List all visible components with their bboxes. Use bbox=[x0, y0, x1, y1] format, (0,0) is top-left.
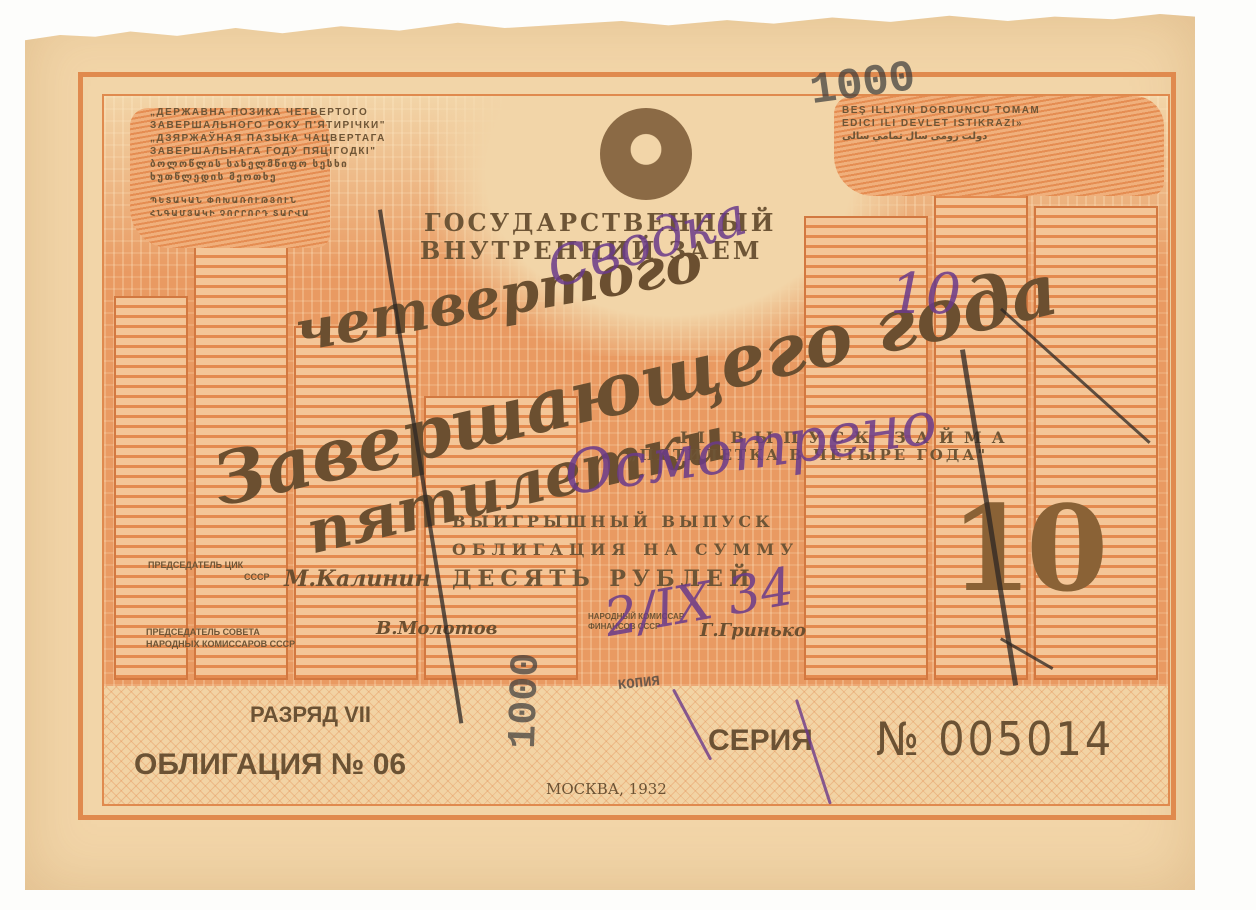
ussr-emblem-icon: ☭ bbox=[600, 108, 692, 200]
banner-line: ბოლოწლის სახელმწიფო სესხი bbox=[150, 158, 386, 171]
banner-left-text: „ДЕРЖАВНА ПОЗИКА ЧЕТВЕРТОГО ЗАВЕРШАЛЬНОГ… bbox=[150, 106, 386, 220]
signature-2: В.Молотов bbox=[376, 618, 497, 639]
denomination-line-1: ВЫИГРЫШНЫЙ ВЫПУСК bbox=[452, 512, 774, 531]
place-year: МОСКВА, 1932 bbox=[546, 780, 667, 798]
banner-line: ՊԵՏԱԿԱՆ ՓՈԽԱՌՈՒԹՅՈՒՆ bbox=[150, 194, 386, 207]
signature-1-title: ПРЕДСЕДАТЕЛЬ ЦИК bbox=[148, 560, 243, 570]
signature-2-title: ПРЕДСЕДАТЕЛЬ СОВЕТА bbox=[146, 627, 260, 637]
signature-2-title-b: НАРОДНЫХ КОМИССАРОВ СССР bbox=[146, 639, 295, 649]
banner-right-text: BEŞ ILLIYIN DORDUNCU TOMAM EDICI ILI DEV… bbox=[842, 104, 1040, 143]
denomination-numeral: 10 bbox=[950, 490, 1102, 608]
signature-1: М.Калинин bbox=[284, 566, 430, 592]
banner-line: „ДЗЯРЖАЎНАЯ ПАЗЫКА ЧАЦВЕРТАГА bbox=[150, 132, 386, 145]
banner-line: دولت زومی سال تمامي سالی bbox=[842, 130, 1040, 143]
category-label: РАЗРЯД VII bbox=[250, 702, 371, 728]
series-number: № 005014 bbox=[876, 712, 1114, 766]
series-label: СЕРИЯ bbox=[708, 724, 813, 758]
banner-line: ЗАВЕРШАЛЬНОГО РОКУ П'ЯТИРІЧКИ" bbox=[150, 119, 386, 132]
banner-line: ЗАВЕРШАЛЬНАГА ГОДУ ПЯЦІГОДКІ" bbox=[150, 145, 386, 158]
signature-1-title-b: СССР bbox=[244, 572, 270, 582]
obligation-number: ОБЛИГАЦИЯ № 06 bbox=[134, 748, 406, 782]
denomination-line-2: ОБЛИГАЦИЯ НА СУММУ bbox=[452, 540, 799, 559]
banner-line: ՀՆԳԱՄՅԱԿԻ ՉՈՐՐՈՐԴ ՏԱՐՎԱ bbox=[150, 207, 386, 220]
handwritten-ten: 10 bbox=[890, 262, 961, 327]
hammer-sickle-icon: ☭ bbox=[632, 134, 659, 164]
banner-line: EDICI ILI DEVLET ISTIKRAZI» bbox=[842, 117, 1040, 130]
banner-line: „ДЕРЖАВНА ПОЗИКА ЧЕТВЕРТОГО bbox=[150, 106, 386, 119]
banner-line: ხუთწლედის მეოთხე bbox=[150, 171, 386, 184]
stamp-bottom: 1000 bbox=[502, 652, 550, 750]
